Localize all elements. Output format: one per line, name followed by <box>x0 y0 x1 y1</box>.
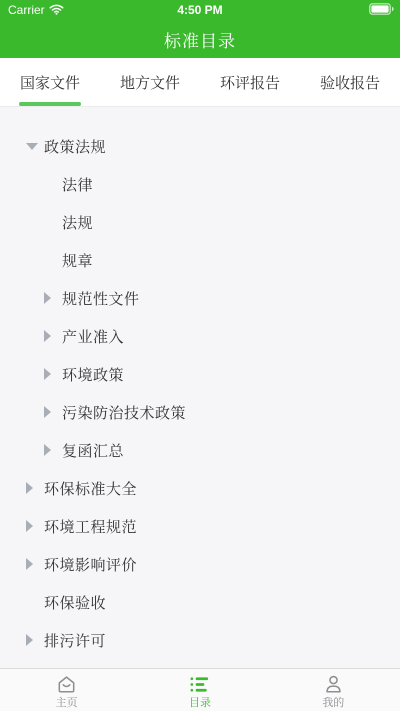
tab-label: 地方文件 <box>120 72 180 93</box>
tree-item-label: 政策法规 <box>44 136 106 157</box>
bottom-tab-2[interactable]: 目录 <box>133 669 266 711</box>
triangle-down-icon <box>26 143 44 150</box>
tree-item-label: 规范性文件 <box>62 288 140 309</box>
category-tabs: 国家文件地方文件环评报告验收报告 <box>0 58 400 107</box>
tree-row[interactable]: 环境影响评价 <box>0 545 400 583</box>
tree-item-label: 复函汇总 <box>62 440 124 461</box>
triangle-right-icon <box>44 406 62 418</box>
tree-item-label: 排污许可 <box>44 630 106 651</box>
tab-1[interactable]: 国家文件 <box>0 58 100 106</box>
tree-row[interactable]: 政策法规 <box>0 127 400 165</box>
tree-item-label: 污染防治技术政策 <box>62 402 186 423</box>
wifi-icon <box>49 3 64 18</box>
tree-item-label: 规章 <box>62 250 93 271</box>
tab-label: 环评报告 <box>220 72 280 93</box>
tree-item-label: 产业准入 <box>62 326 124 347</box>
tab-label: 验收报告 <box>320 72 380 93</box>
triangle-right-icon <box>44 330 62 342</box>
bottom-tab-label: 目录 <box>189 697 211 709</box>
tree-row[interactable]: 环境工程规范 <box>0 507 400 545</box>
nav-bar: 标准目录 <box>0 20 400 58</box>
person-icon <box>322 673 345 696</box>
tree-item-label: 法规 <box>62 212 93 233</box>
bottom-tab-label: 我的 <box>322 697 344 709</box>
triangle-right-icon <box>44 444 62 456</box>
tab-4[interactable]: 验收报告 <box>300 58 400 106</box>
directory-tree: 政策法规法律法规规章规范性文件产业准入环境政策污染防治技术政策复函汇总环保标准大… <box>0 107 400 668</box>
tree-row[interactable]: 规章 <box>0 241 400 279</box>
tab-label: 国家文件 <box>20 72 80 93</box>
app-screen: Carrier 4:50 PM 标准目录 国家 <box>0 0 400 711</box>
bottom-tab-label: 主页 <box>56 697 78 709</box>
status-left: Carrier <box>0 3 64 18</box>
triangle-right-icon <box>26 634 44 646</box>
bottom-tab-bar: 主页目录我的 <box>0 668 400 711</box>
tree-row[interactable]: 复函汇总 <box>0 431 400 469</box>
tree-item-label: 环境工程规范 <box>44 516 137 537</box>
active-tab-underline <box>19 102 81 106</box>
battery-icon <box>369 3 394 18</box>
tree-row[interactable]: 环保验收 <box>0 583 400 621</box>
tree-item-label: 环境政策 <box>62 364 124 385</box>
triangle-right-icon <box>44 368 62 380</box>
carrier-label: Carrier <box>8 3 45 17</box>
tree-row[interactable]: 法律 <box>0 165 400 203</box>
tree-row[interactable]: 规范性文件 <box>0 279 400 317</box>
triangle-right-icon <box>44 292 62 304</box>
page-title: 标准目录 <box>164 27 236 52</box>
home-icon <box>55 673 78 696</box>
triangle-right-icon <box>26 520 44 532</box>
triangle-right-icon <box>26 482 44 494</box>
list-icon <box>188 673 211 696</box>
tree-row[interactable]: 排污许可 <box>0 621 400 659</box>
tree-item-label: 环保标准大全 <box>44 478 137 499</box>
triangle-right-icon <box>26 558 44 570</box>
tree-row[interactable]: 环境政策 <box>0 355 400 393</box>
bottom-tab-1[interactable]: 主页 <box>0 669 133 711</box>
tree-item-label: 环保验收 <box>44 592 106 613</box>
tree-row[interactable]: 法规 <box>0 203 400 241</box>
tree-row[interactable]: 环保标准大全 <box>0 469 400 507</box>
status-bar: Carrier 4:50 PM <box>0 0 400 20</box>
tree-row[interactable]: 产业准入 <box>0 317 400 355</box>
tree-row[interactable]: 污染防治技术政策 <box>0 393 400 431</box>
bottom-tab-3[interactable]: 我的 <box>267 669 400 711</box>
tab-3[interactable]: 环评报告 <box>200 58 300 106</box>
status-right <box>369 3 400 18</box>
tree-item-label: 环境影响评价 <box>44 554 137 575</box>
tree-item-label: 法律 <box>62 174 93 195</box>
tab-2[interactable]: 地方文件 <box>100 58 200 106</box>
